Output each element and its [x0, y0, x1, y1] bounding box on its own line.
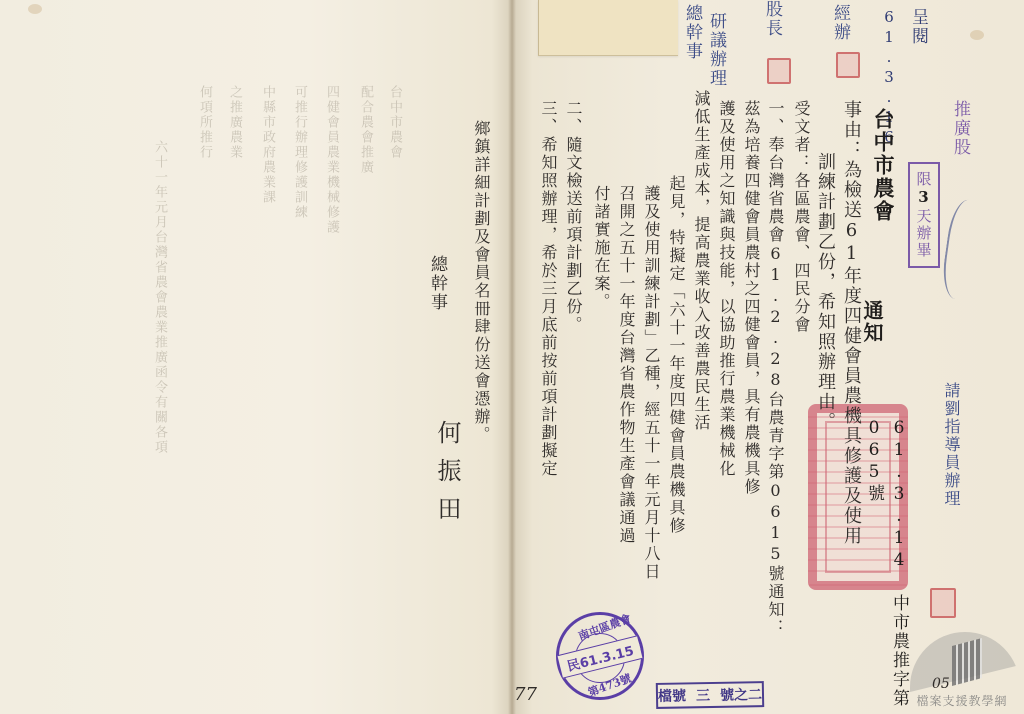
bleed-through-text: 可推行辦理修護訓練: [290, 85, 309, 220]
bleed-through-text: 何項所推行: [195, 85, 214, 160]
watermark-book-icon: [952, 638, 982, 686]
body-line: 護及使用之知識與技能，以協助推行農業機械化: [715, 100, 738, 478]
item-3: 三、希知照辦理，希於三月底前按前項計劃擬定: [537, 100, 560, 478]
body-line: 起見，特擬定「六十一年度四健會員農機具修: [665, 175, 688, 535]
deadline-text: 限3天辦畢: [914, 171, 935, 259]
file-stamp-value: 三: [696, 685, 710, 705]
deadline-stamp: 限3天辦畢: [908, 162, 940, 268]
signature-name: 何振田: [430, 420, 465, 534]
file-stamp-suffix: 號之二: [720, 684, 762, 705]
signature-title: 總幹事: [425, 255, 450, 312]
subject-line: 訓練計劃乙份，希知照辦理由。: [812, 152, 838, 432]
page-number-right: 05: [932, 676, 950, 692]
bleed-through-text: 六十一年元月台灣省農會農業推廣函令有關各項: [150, 140, 169, 455]
research-note: 研議辦理: [704, 12, 729, 88]
paper-stain: [970, 30, 984, 40]
bleed-through-text: 之推廣農業: [225, 85, 244, 160]
general-manager-label: 總幹事: [680, 4, 705, 61]
file-stamp-label: 檔號: [658, 685, 686, 705]
paper-stain: [28, 4, 42, 14]
file-number-stamp: 檔號 三 號之二: [656, 681, 764, 709]
instruction-note: 請劉指導員辦理: [940, 382, 963, 508]
reply-note: 呈閱: [906, 8, 931, 46]
body-line: 護及使用訓練計劃」乙種，經五十一年元月十八日: [640, 185, 663, 581]
document-spread: 六十一年元月台灣省農會農業推廣函令有關各項 何項所推行 之推廣農業 中縣市政府農…: [0, 0, 1024, 714]
clerk-seal: [836, 52, 860, 78]
subject-line: 事由：為檢送61年度四健會員農機具修護及使用: [838, 100, 864, 546]
page-number: 77: [514, 684, 537, 705]
receipt-stamp: 南屯區農會 民61.3.15 第473號: [556, 612, 644, 700]
section-chief-label: 股長: [760, 0, 785, 38]
deadline-days: 3: [915, 188, 933, 208]
deadline-suffix: 天辦畢: [915, 208, 933, 259]
body-line: 付諸實施在案。: [590, 185, 613, 311]
item-2: 二、隨文檢送前項計劃乙份。: [562, 100, 585, 334]
body-line: 茲為培養四健會員農村之四健會員，具有農機具修: [740, 100, 763, 496]
recipients: 受文者：各區農會、四民分會: [790, 100, 813, 334]
watermark: 檔案支援教學網: [900, 632, 1024, 714]
clerk-label: 經辦: [828, 4, 853, 42]
left-page: [0, 0, 512, 714]
bleed-through-text: 四健會員農業機械修護: [322, 85, 341, 235]
bleed-through-text: 台中市農會: [385, 85, 404, 160]
instruction-seal: [930, 588, 956, 618]
section-chief-seal: [767, 58, 791, 84]
watermark-label: 檔案支援教學網: [900, 692, 1024, 709]
letterhead: 台中市農會: [868, 108, 898, 223]
deadline-prefix: 限: [915, 171, 933, 188]
body-line: 減低生產成本，提高農業收入改善農民生活: [690, 90, 713, 432]
body-line: 召開之五十一年度台灣省農作物生產會議通過: [615, 185, 638, 545]
bleed-through-text: 中縣市政府農業課: [258, 85, 277, 205]
department-stamp: 推廣股: [948, 100, 973, 157]
taped-slip: [538, 0, 678, 56]
bleed-through-text: 配合農會推廣: [356, 85, 375, 175]
continuation-text: 鄉鎮詳細計劃及會員名冊肆份送會憑辦。: [470, 120, 493, 444]
page-spine: [508, 0, 516, 714]
body-line: 一、奉台灣省農會61.2.28台農青字第0615號通知：: [764, 100, 787, 637]
